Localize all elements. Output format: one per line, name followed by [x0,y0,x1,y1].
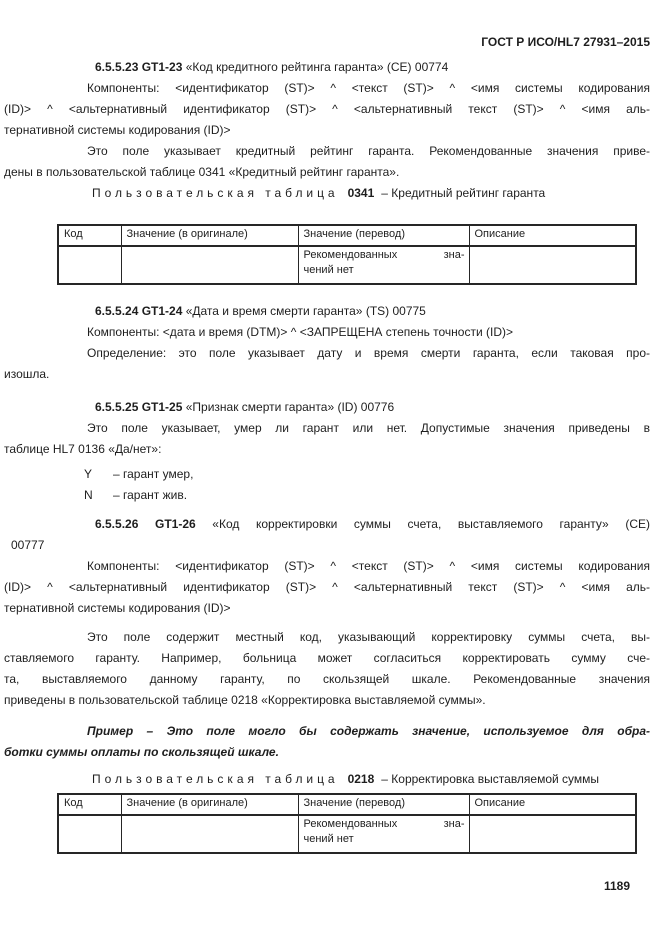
section-number: 6.5.5.24 GT1-24 [95,304,182,318]
paragraph-desc-25: Это поле указывает, умер ли гарант или н… [4,418,650,460]
document-header: ГОСТ Р ИСО/HL7 27931–2015 [4,32,650,53]
section-title: «Код корректировки суммы счета, выставля… [196,517,650,531]
value-code: N [84,485,113,506]
value-item-y: Y– гарант умер, [84,464,650,485]
paragraph-line: (ID)> ^ <альтернативный идентификатор (S… [4,99,650,120]
section-heading-continuation: 00777 [4,535,650,556]
table-cell: Рекомендованных зна- чений нет [298,246,469,284]
table-cell: Рекомендованных зна- чений нет [298,815,469,853]
table-cell [121,815,298,853]
table-cell [469,815,636,853]
section-heading-6-5-5-25: 6.5.5.25 GT1-25 «Признак смерти гаранта»… [4,397,650,418]
paragraph-definition-24: Определение: это поле указывает дату и в… [4,343,650,385]
paragraph-line: (ID)> ^ <альтернативный идентификатор (S… [4,577,650,598]
paragraph-line: тернативной системы кодирования (ID)> [4,120,650,141]
paragraph-desc-26: Это поле содержит местный код, указывающ… [4,627,650,711]
paragraph-line: приведены в пользовательской таблице 021… [4,690,650,711]
value-code: Y [84,464,113,485]
table-header-row: Код Значение (в оригинале) Значение (пер… [58,225,636,246]
user-table-caption-0341: Пользовательская таблица0341– Кредитный … [4,183,650,204]
paragraph-components-23: Компоненты: <идентификатор (ST)> ^ <текс… [4,78,650,141]
table-row: Рекомендованных зна- чений нет [58,246,636,284]
table-header-cell: Описание [469,225,636,246]
user-table-0218: Код Значение (в оригинале) Значение (пер… [57,793,637,854]
section-heading-6-5-5-26: 6.5.5.26 GT1-26 «Код корректировки суммы… [4,514,650,535]
section-number: 6.5.5.26 GT1-26 [95,517,196,531]
caption-number: 0341 [348,186,375,200]
paragraph-line: дены в пользовательской таблице 0341 «Кр… [4,162,650,183]
paragraph-line: Это поле указывает, умер ли гарант или н… [4,418,650,439]
value-text: – гарант умер, [113,467,193,481]
paragraph-desc-23: Это поле указывает кредитный рейтинг гар… [4,141,650,183]
section-title: «Дата и время смерти гаранта» (TS) 00775 [182,304,425,318]
section-number: 6.5.5.25 GT1-25 [95,400,182,414]
document-page: ГОСТ Р ИСО/HL7 27931–2015 6.5.5.23 GT1-2… [0,0,661,935]
table-cell [58,246,121,284]
paragraph-line: та, выставляемого данному гаранту, по ск… [4,669,650,690]
caption-number: 0218 [348,772,375,786]
paragraph-line: Это поле указывает кредитный рейтинг гар… [4,141,650,162]
table-row: Рекомендованных зна- чений нет [58,815,636,853]
section-title: «Признак смерти гаранта» (ID) 00776 [182,400,394,414]
paragraph-line: тернативной системы кодирования (ID)> [4,598,650,619]
example-paragraph: Пример – Это поле могло бы содержать зна… [4,721,650,763]
caption-label: Пользовательская таблица [92,186,339,200]
table-header-cell: Значение (перевод) [298,794,469,815]
paragraph-line: изошла. [4,364,650,385]
caption-label: Пользовательская таблица [92,772,339,786]
table-header-cell: Код [58,794,121,815]
paragraph-components-26: Компоненты: <идентификатор (ST)> ^ <текс… [4,556,650,619]
paragraph-line: ставляемого гаранту. Например, больница … [4,648,650,669]
table-header-cell: Значение (в оригинале) [121,225,298,246]
table-header-cell: Значение (перевод) [298,225,469,246]
table-header-row: Код Значение (в оригинале) Значение (пер… [58,794,636,815]
paragraph-line: Пример – Это поле могло бы содержать зна… [4,721,650,742]
table-cell-line: чений нет [304,263,465,278]
table-header-cell: Значение (в оригинале) [121,794,298,815]
section-heading-6-5-5-23: 6.5.5.23 GT1-23 «Код кредитного рейтинга… [4,57,650,78]
table-cell-line: Рекомендованных зна- [304,817,465,832]
user-table-caption-0218: Пользовательская таблица0218– Корректиро… [4,769,650,790]
paragraph-line: Компоненты: <идентификатор (ST)> ^ <текс… [4,556,650,577]
caption-title: – Корректировка выставляемой суммы [381,772,599,786]
table-header-cell: Код [58,225,121,246]
section-number: 6.5.5.23 GT1-23 [95,60,182,74]
section-title: «Код кредитного рейтинга гаранта» (CE) 0… [182,60,448,74]
paragraph-components-24: Компоненты: <дата и время (DTM)> ^ <ЗАПР… [4,322,650,343]
user-table-0341: Код Значение (в оригинале) Значение (пер… [57,224,637,285]
table-cell [58,815,121,853]
value-text: – гарант жив. [113,488,187,502]
paragraph-line: Определение: это поле указывает дату и в… [4,343,650,364]
caption-title: – Кредитный рейтинг гаранта [381,186,545,200]
table-cell [121,246,298,284]
table-cell [469,246,636,284]
value-item-n: N– гарант жив. [84,485,650,506]
paragraph-line: Компоненты: <идентификатор (ST)> ^ <текс… [4,78,650,99]
section-heading-6-5-5-24: 6.5.5.24 GT1-24 «Дата и время смерти гар… [4,301,650,322]
table-cell-line: чений нет [304,832,465,847]
table-cell-line: Рекомендованных зна- [304,248,465,263]
page-number: 1189 [4,876,650,897]
table-header-cell: Описание [469,794,636,815]
paragraph-line: ботки суммы оплаты по скользящей шкале. [4,742,650,763]
paragraph-line: Это поле содержит местный код, указывающ… [4,627,650,648]
paragraph-line: таблице HL7 0136 «Да/нет»: [4,439,650,460]
